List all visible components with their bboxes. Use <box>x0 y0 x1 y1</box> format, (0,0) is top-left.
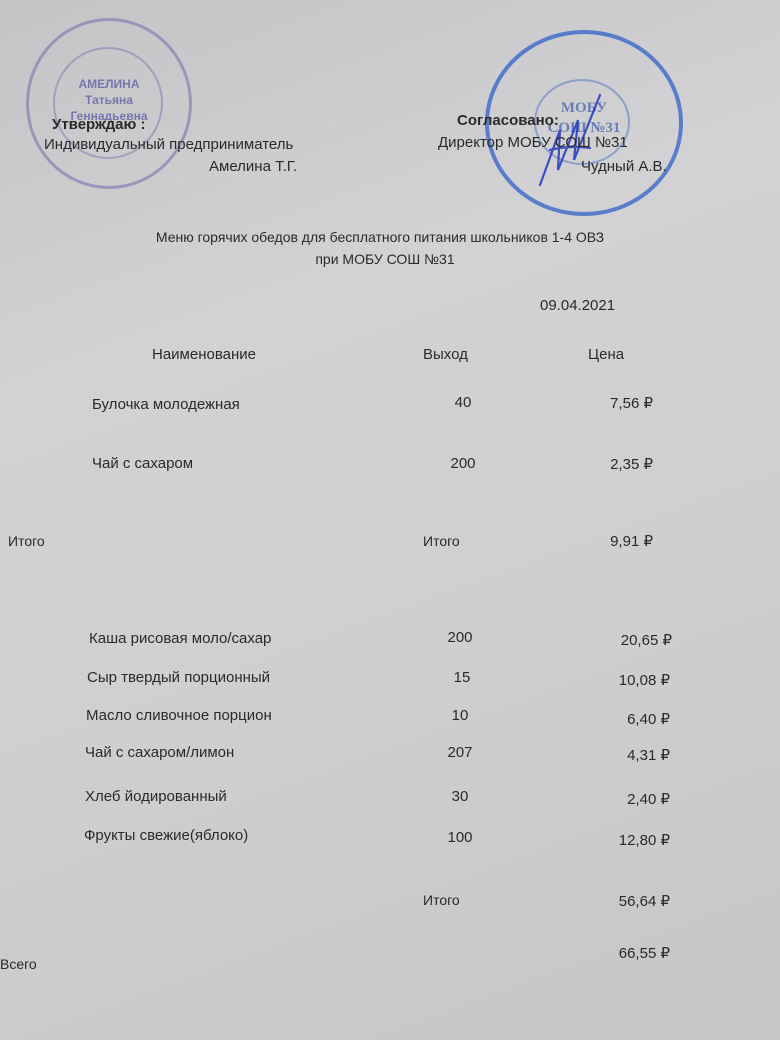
agreed-label: Согласовано: <box>457 112 559 129</box>
item-qty: 207 <box>430 744 490 761</box>
item-name: Чай с сахаром/лимон <box>85 744 234 761</box>
section1-total-label: Итого <box>423 533 460 549</box>
item-qty: 200 <box>433 455 493 472</box>
stamp-line-firstname: Татьяна <box>29 93 189 107</box>
item-qty: 30 <box>430 788 490 805</box>
item-name: Булочка молодежная <box>92 396 240 413</box>
column-header-qty: Выход <box>423 346 468 363</box>
item-name: Сыр твердый порционный <box>87 669 270 686</box>
approve-label: Утверждаю : <box>52 116 145 133</box>
page-title: Меню горячих обедов для бесплатного пита… <box>0 229 760 245</box>
item-price: 2,40 ₽ <box>580 790 670 808</box>
item-qty: 200 <box>430 629 490 646</box>
section1-total-price: 9,91 ₽ <box>563 532 653 550</box>
column-header-price: Цена <box>588 346 624 363</box>
agreed-position: Директор МОБУ СОШ №31 <box>438 134 628 151</box>
item-qty: 100 <box>430 829 490 846</box>
item-price: 10,08 ₽ <box>580 671 670 689</box>
item-price: 4,31 ₽ <box>580 746 670 764</box>
approve-position: Индивидуальный предприниматель <box>44 136 293 153</box>
item-price: 6,40 ₽ <box>580 710 670 728</box>
grand-total-price: 66,55 ₽ <box>580 944 670 962</box>
item-qty: 15 <box>432 669 492 686</box>
item-name: Фрукты свежие(яблоко) <box>84 827 248 844</box>
agreed-name: Чудный А.В. <box>581 158 667 175</box>
grand-total-label: Всего <box>0 956 37 972</box>
page-subtitle: при МОБУ СОШ №31 <box>0 251 770 267</box>
item-name: Масло сливочное порцион <box>86 707 272 724</box>
item-price: 7,56 ₽ <box>563 394 653 412</box>
item-name: Хлеб йодированный <box>85 788 227 805</box>
item-name: Каша рисовая моло/сахар <box>89 630 271 647</box>
item-price: 12,80 ₽ <box>580 831 670 849</box>
menu-date: 09.04.2021 <box>540 297 615 314</box>
section2-total-label: Итого <box>423 892 460 908</box>
approve-name: Амелина Т.Г. <box>209 158 297 175</box>
item-price: 20,65 ₽ <box>582 631 672 649</box>
item-qty: 10 <box>430 707 490 724</box>
item-name: Чай с сахаром <box>92 455 193 472</box>
item-price: 2,35 ₽ <box>563 455 653 473</box>
section2-total-price: 56,64 ₽ <box>580 892 670 910</box>
entrepreneur-stamp: АМЕЛИНА Татьяна Геннадьевна <box>26 18 192 189</box>
section1-total-left-label: Итого <box>8 533 45 549</box>
item-qty: 40 <box>433 394 493 411</box>
column-header-name: Наименование <box>152 346 256 363</box>
stamp-line-surname: АМЕЛИНА <box>29 77 189 91</box>
